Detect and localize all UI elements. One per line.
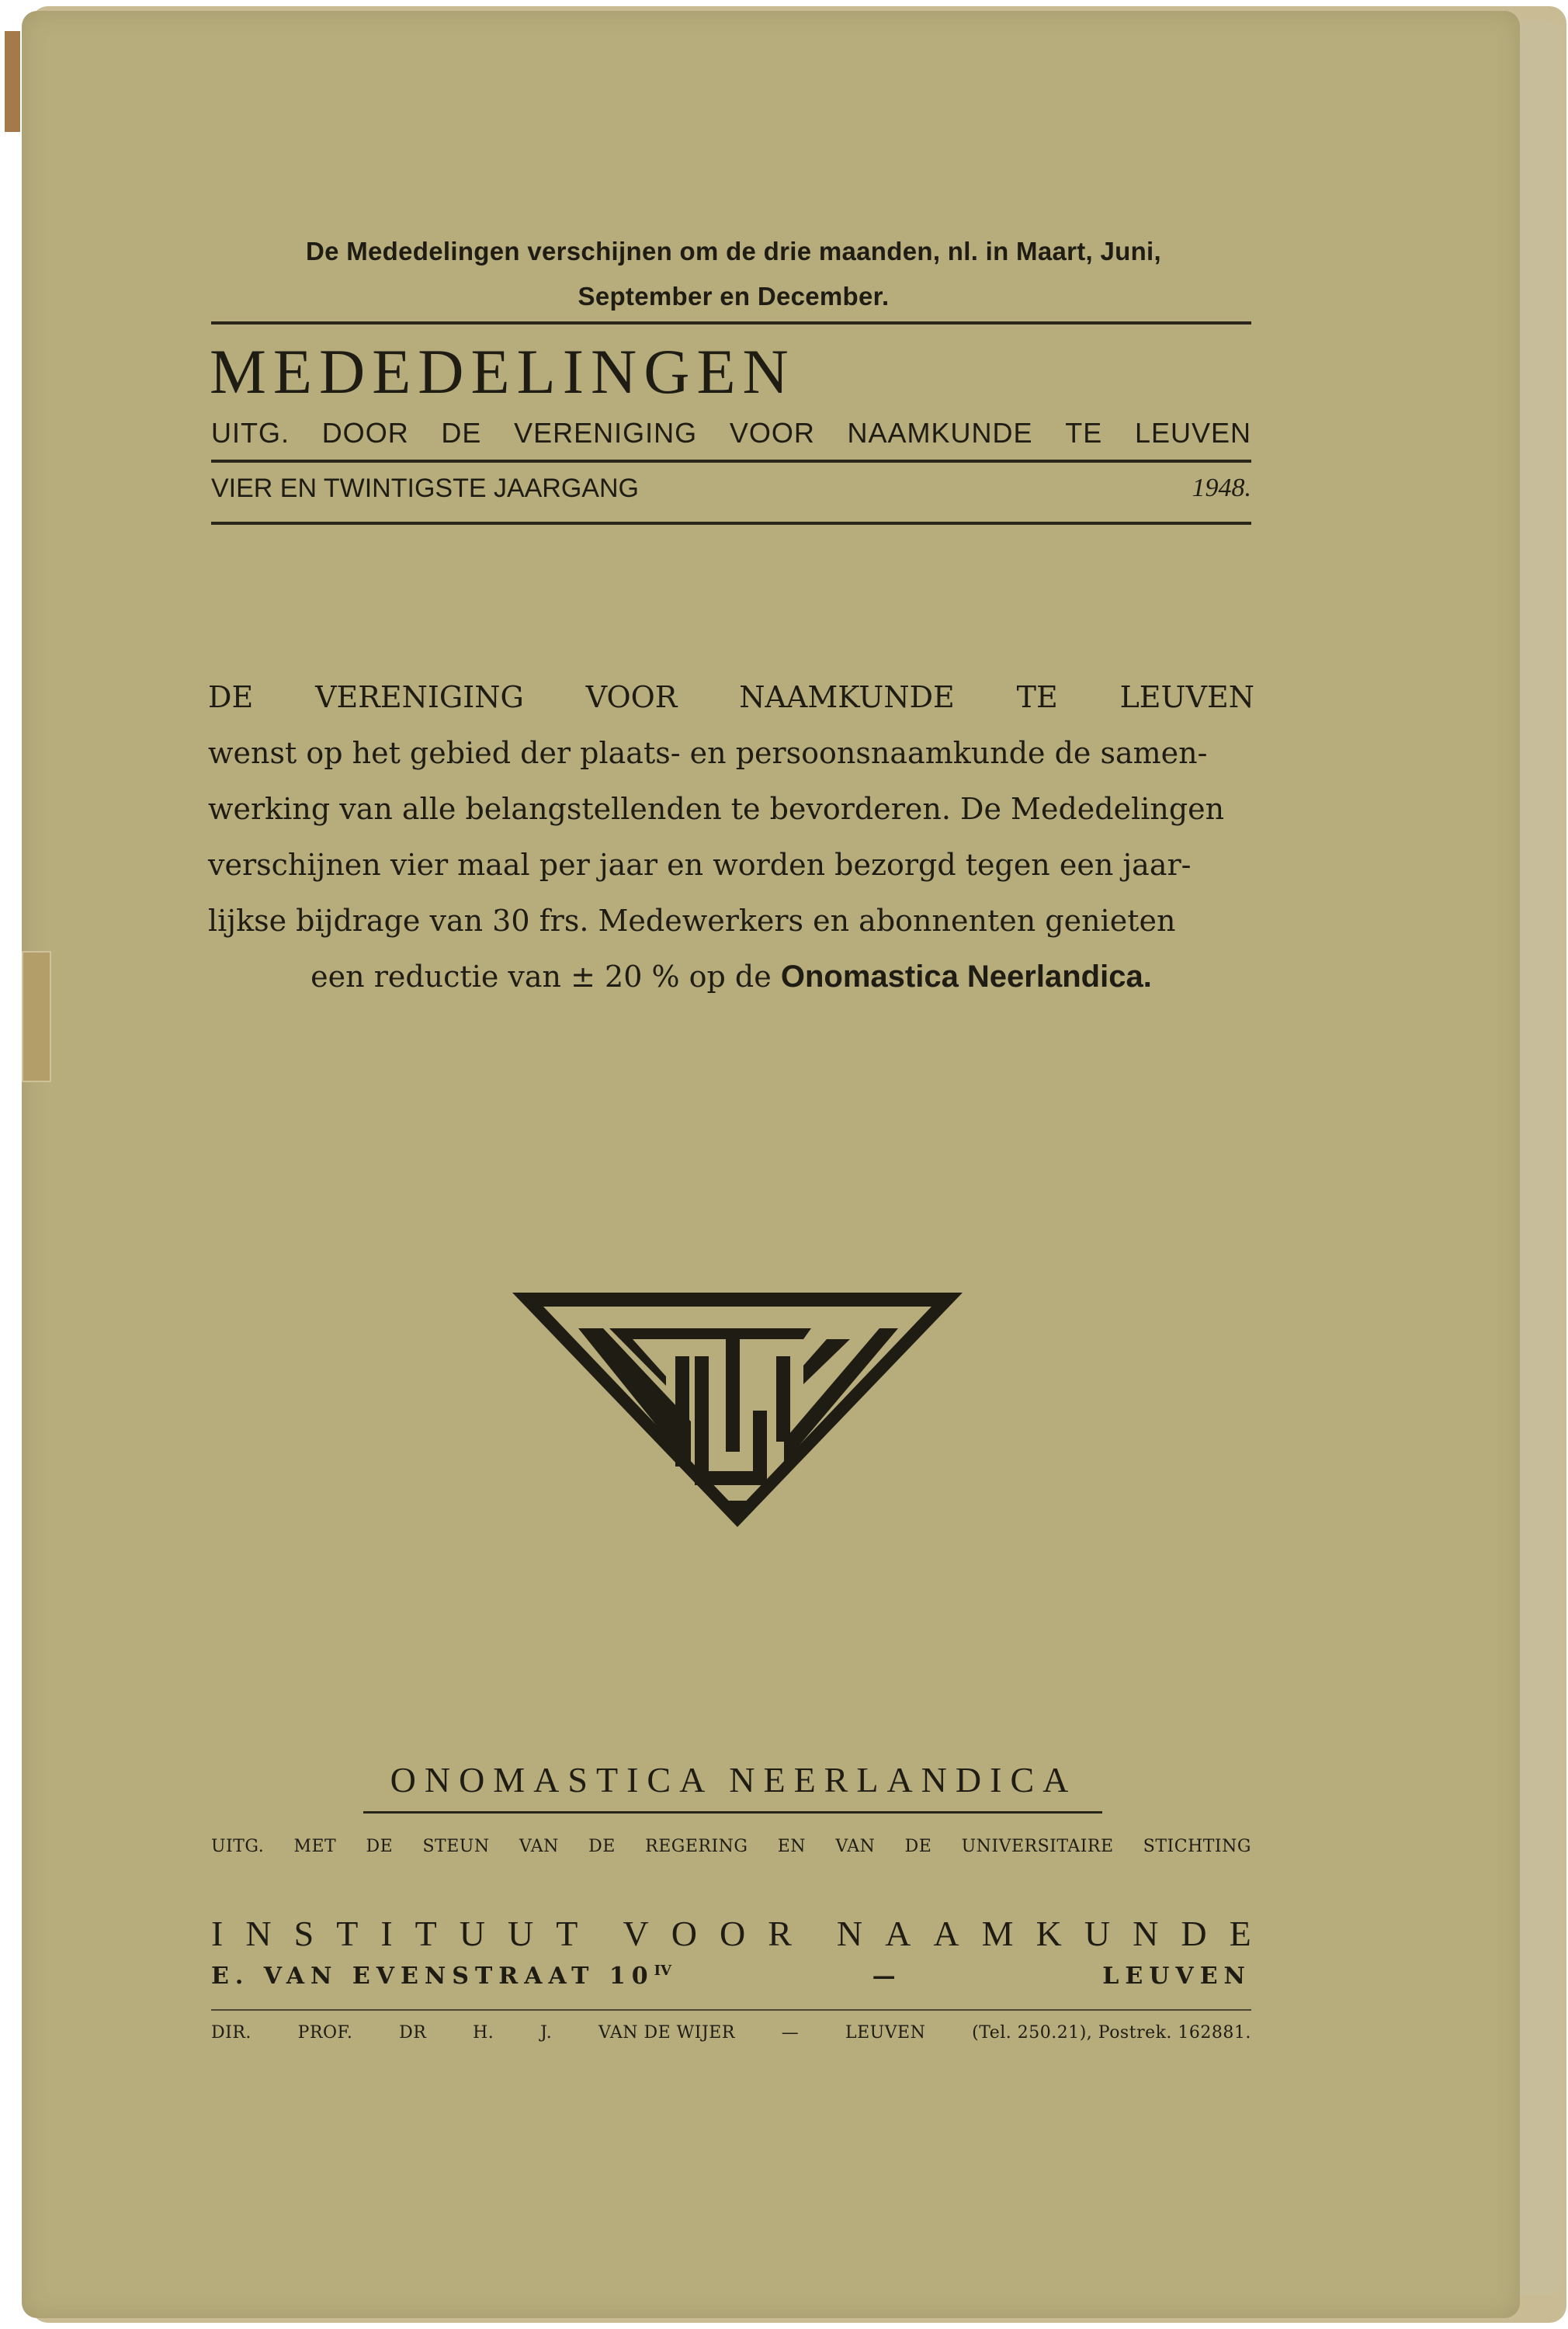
- institute-letter: R: [768, 1916, 792, 1952]
- institute-letter: T: [336, 1916, 358, 1952]
- director-word: DIR.: [211, 2025, 252, 2042]
- director-word: DR: [399, 2025, 426, 2042]
- address-city: LEUVEN: [1102, 1965, 1251, 1988]
- support-word: MET: [293, 1838, 336, 1855]
- institute-letter: U: [508, 1916, 533, 1952]
- publisher-word: DE: [441, 419, 481, 447]
- director-word: LEUVEN: [845, 2025, 925, 2042]
- notice-line-1: De Mededelingen verschijnen om de drie m…: [210, 229, 1258, 274]
- institute-letter: U: [460, 1916, 485, 1952]
- institute-letter: O: [671, 1916, 697, 1952]
- body-word: LEUVEN: [1120, 669, 1254, 725]
- publisher-word: VOOR: [730, 419, 815, 447]
- institute-letter: K: [1036, 1916, 1062, 1952]
- support-word: DE: [588, 1838, 616, 1855]
- institute-letter: I: [211, 1916, 223, 1952]
- body-paragraph: DE VERENIGING VOOR NAAMKUNDE TE LEUVEN w…: [208, 669, 1254, 1005]
- institute-letter: T: [415, 1916, 437, 1952]
- address-street-wrap: E. VAN EVENSTRAAT 10IV: [211, 1964, 671, 1988]
- institute-letter: S: [294, 1916, 314, 1952]
- notice-line-2: September en December.: [210, 274, 1258, 319]
- institute-letter: N: [837, 1916, 862, 1952]
- support-line: UITG. MET DE STEUN VAN DE REGERING EN VA…: [211, 1838, 1251, 1855]
- publisher-word: VERENIGING: [514, 419, 697, 447]
- publication-notice: De Mededelingen verschijnen om de drie m…: [210, 229, 1258, 319]
- body-text-prefix: een reductie van ± 20 % op de: [310, 949, 772, 1005]
- triangle-monogram-icon: [508, 1285, 966, 1533]
- volume-label: VIER EN TWINTIGSTE JAARGANG: [211, 475, 639, 502]
- director-word: H.: [473, 2025, 494, 2042]
- institute-letter: A: [933, 1916, 959, 1952]
- rule-bottom: [211, 522, 1251, 525]
- body-word: NAAMKUNDE: [739, 669, 955, 725]
- institute-letter: A: [885, 1916, 911, 1952]
- support-word: VAN: [519, 1838, 559, 1855]
- director-line: DIR. PROF. DR H. J. VAN DE WIJER — LEUVE…: [211, 2025, 1251, 2042]
- institute-letter: O: [720, 1916, 745, 1952]
- publisher-word: NAAMKUNDE: [848, 419, 1033, 447]
- publisher-word: DOOR: [322, 419, 409, 447]
- body-line-1: DE VERENIGING VOOR NAAMKUNDE TE LEUVEN: [208, 669, 1254, 725]
- body-line-2: wenst op het gebied der plaats- en perso…: [208, 725, 1254, 781]
- body-word: VERENIGING: [315, 669, 524, 725]
- institute-letter: D: [1181, 1916, 1206, 1952]
- institute-letter: I: [380, 1916, 392, 1952]
- support-word: REGERING: [645, 1838, 748, 1855]
- binding-tab: [5, 31, 20, 132]
- director-word: PROF.: [298, 2025, 353, 2042]
- institute-letter: N: [1133, 1916, 1158, 1952]
- publisher-word: TE: [1065, 419, 1102, 447]
- body-word: DE: [208, 669, 253, 725]
- publisher-word: UITG.: [211, 419, 290, 447]
- support-word: UNIVERSITAIRE: [962, 1838, 1114, 1855]
- cover-right-edge: [1515, 20, 1561, 2295]
- rule-middle: [211, 460, 1251, 463]
- support-word: DE: [905, 1838, 932, 1855]
- institute-letter: E: [1230, 1916, 1251, 1952]
- body-text-bold: Onomastica Neerlandica.: [781, 949, 1152, 1005]
- institute-letter: N: [245, 1916, 271, 1952]
- institute-letter: U: [1084, 1916, 1110, 1952]
- director-word: (Tel. 250.21), Postrek. 162881.: [972, 2025, 1251, 2042]
- body-word: TE: [1017, 669, 1058, 725]
- support-word: STEUN: [422, 1838, 489, 1855]
- series-rule: [363, 1811, 1102, 1814]
- volume-year: 1948.: [1192, 475, 1252, 502]
- rule-top: [211, 321, 1251, 325]
- body-word: VOOR: [586, 669, 678, 725]
- director-word: J.: [540, 2025, 552, 2042]
- journal-title: MEDEDELINGEN: [210, 340, 796, 404]
- institute-name: I N S T I T U U T V O O R N A A M K U N …: [211, 1916, 1251, 1952]
- support-word: STICHTING: [1143, 1838, 1251, 1855]
- series-title: ONOMASTICA NEERLANDICA: [365, 1762, 1102, 1798]
- institute-letter: T: [556, 1916, 578, 1952]
- publisher-word: LEUVEN: [1135, 419, 1251, 447]
- address-street: E. VAN EVENSTRAAT 10: [211, 1963, 654, 1990]
- support-word: DE: [366, 1838, 394, 1855]
- address-dash: —: [872, 1965, 902, 1988]
- publisher-line: UITG. DOOR DE VERENIGING VOOR NAAMKUNDE …: [211, 419, 1251, 447]
- director-rule: [211, 2009, 1251, 2011]
- institute-letter: M: [982, 1916, 1014, 1952]
- address-superscript: IV: [654, 1963, 671, 1979]
- spine-patch: [22, 951, 51, 1082]
- body-line-4: verschijnen vier maal per jaar en worden…: [208, 837, 1254, 893]
- volume-row: VIER EN TWINTIGSTE JAARGANG 1948.: [211, 475, 1251, 502]
- support-word: UITG.: [211, 1838, 264, 1855]
- support-word: VAN: [835, 1838, 875, 1855]
- institute-letter: V: [623, 1916, 648, 1952]
- support-word: EN: [778, 1838, 806, 1855]
- body-line-6: een reductie van ± 20 % op de Onomastica…: [208, 949, 1254, 1005]
- director-word: VAN DE WIJER: [598, 2025, 735, 2042]
- director-word: —: [782, 2025, 800, 2042]
- body-line-5: lijkse bijdrage van 30 frs. Medewerkers …: [208, 893, 1254, 949]
- body-line-3: werking van alle belangstellenden te bev…: [208, 781, 1254, 837]
- institute-address: E. VAN EVENSTRAAT 10IV — LEUVEN: [211, 1964, 1251, 1988]
